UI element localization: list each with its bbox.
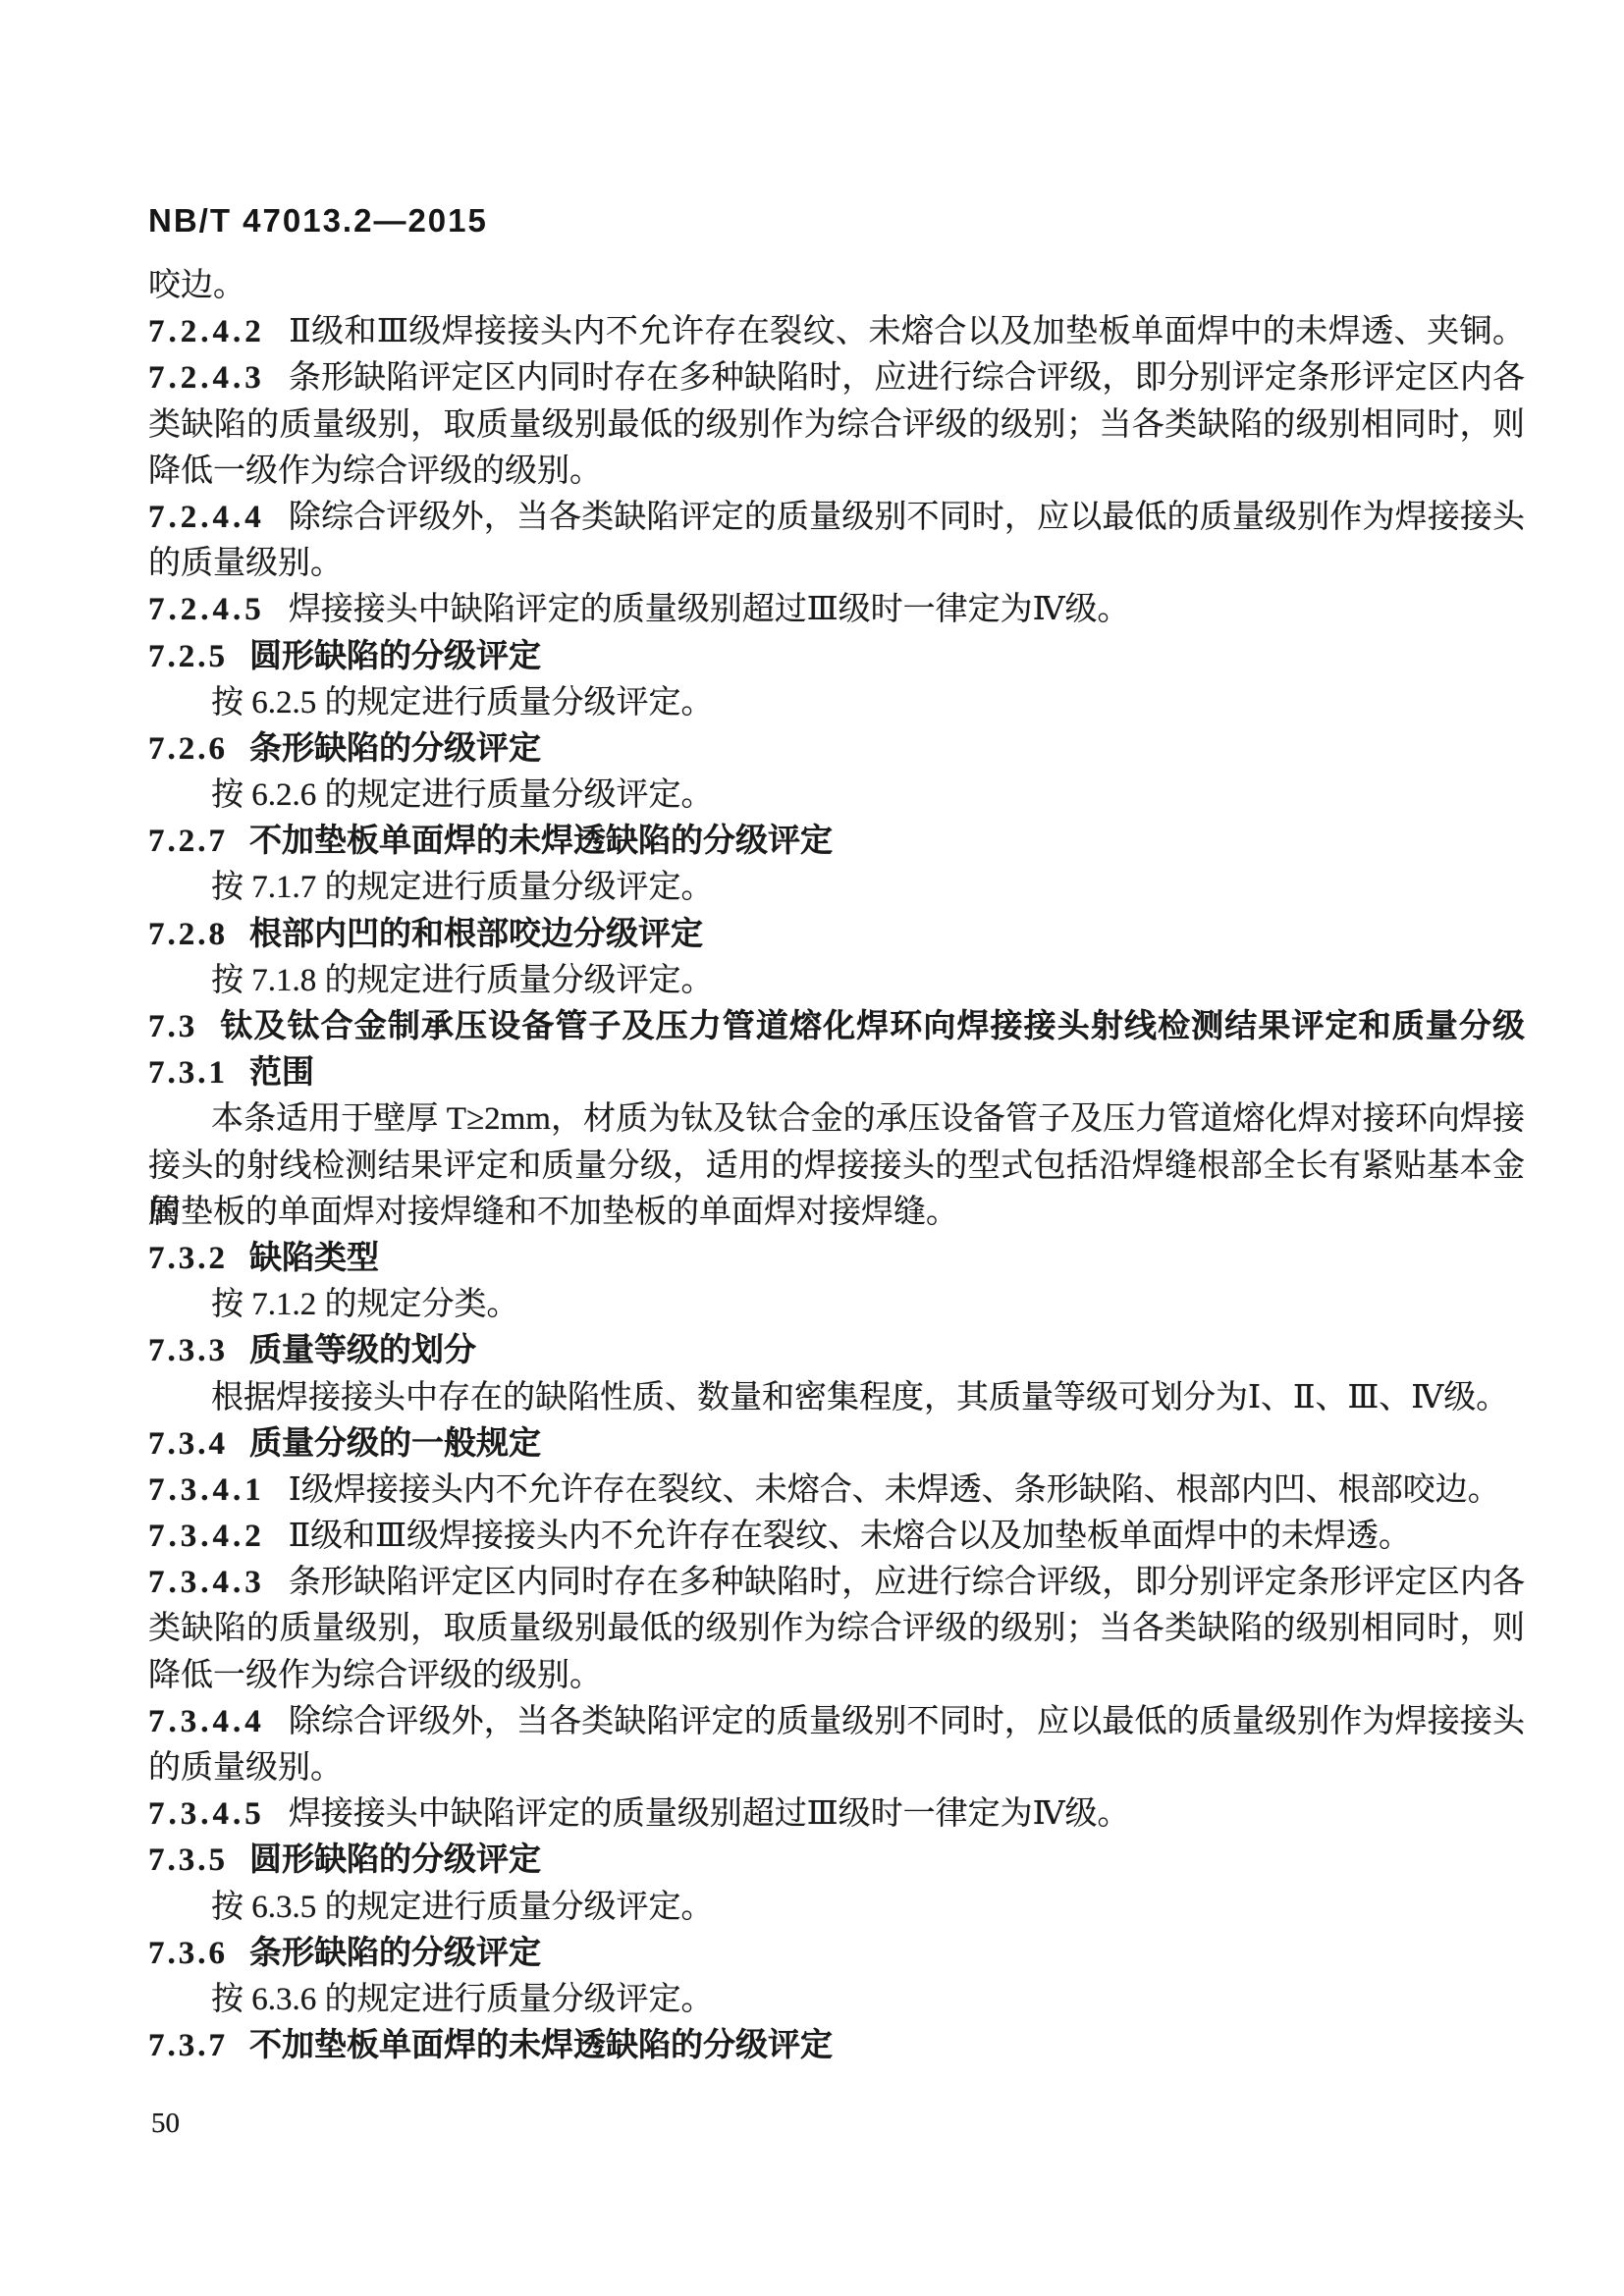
clause-line-7.3.4.2: 7.3.4.2Ⅱ级和Ⅲ级焊接接头内不允许存在裂纹、未熔合以及加垫板单面焊中的未焊… <box>148 1514 1525 1560</box>
clause-text: 条形缺陷评定区内同时存在多种缺陷时，应进行综合评级，即分别评定条形评定区内各 <box>289 360 1525 396</box>
clause-text: 范围 <box>249 1055 314 1091</box>
page-number: 50 <box>151 2107 180 2140</box>
clause-text: 根部内凹的和根部咬边分级评定 <box>249 917 703 952</box>
clause-line-7.2.4.3: 7.2.4.3条形缺陷评定区内同时存在多种缺陷时，应进行综合评级，即分别评定条形… <box>148 355 1525 401</box>
body-text-line: 按 6.3.5 的规定进行质量分级评定。 <box>148 1885 1525 1931</box>
clause-line-7.2.4.5: 7.2.4.5焊接接头中缺陷评定的质量级别超过Ⅲ级时一律定为Ⅳ级。 <box>148 587 1525 633</box>
body-text-line: 咬边。 <box>148 263 1525 309</box>
body-text-line: 按 7.1.7 的规定进行质量分级评定。 <box>148 865 1525 911</box>
clause-text: 条形缺陷评定区内同时存在多种缺陷时，应进行综合评级，即分别评定条形评定区内各 <box>289 1565 1525 1600</box>
clause-text: 缺陷类型 <box>249 1241 379 1276</box>
clause-line-7.3.3: 7.3.3质量等级的划分 <box>148 1328 1525 1374</box>
clause-line-7.3.4.3: 7.3.4.3条形缺陷评定区内同时存在多种缺陷时，应进行综合评级，即分别评定条形… <box>148 1560 1525 1606</box>
clause-number: 7.3 <box>148 1009 197 1044</box>
clause-number: 7.3.4.2 <box>148 1519 265 1554</box>
clause-text: Ⅱ级和Ⅲ级焊接接头内不允许存在裂纹、未熔合以及加垫板单面焊中的未焊透、夹铜。 <box>289 314 1525 349</box>
clause-number: 7.2.4.4 <box>148 500 265 535</box>
clause-line-7.2.5: 7.2.5圆形缺陷的分级评定 <box>148 634 1525 680</box>
body-text-line: 的质量级别。 <box>148 541 1525 587</box>
body-text-line: 接头的射线检测结果评定和质量分级，适用的焊接接头的型式包括沿焊缝根部全长有紧贴基… <box>148 1144 1525 1190</box>
clause-line-7.3.4.1: 7.3.4.1Ⅰ级焊接接头内不允许存在裂纹、未熔合、未焊透、条形缺陷、根部内凹、… <box>148 1468 1525 1514</box>
body-text-line: 按 6.2.5 的规定进行质量分级评定。 <box>148 680 1525 726</box>
body-text-line: 类缺陷的质量级别，取质量级别最低的级别作为综合评级的级别；当各类缺陷的级别相同时… <box>148 402 1525 449</box>
clause-line-7.3.6: 7.3.6条形缺陷的分级评定 <box>148 1931 1525 1977</box>
body-text-line: 降低一级作为综合评级的级别。 <box>148 1653 1525 1699</box>
clause-line-7.3.5: 7.3.5圆形缺陷的分级评定 <box>148 1838 1525 1884</box>
clause-number: 7.3.5 <box>148 1842 228 1878</box>
clause-number: 7.3.4.1 <box>148 1472 265 1508</box>
clause-number: 7.2.5 <box>148 639 228 674</box>
clause-line-7.2.7: 7.2.7不加垫板单面焊的未焊透缺陷的分级评定 <box>148 819 1525 865</box>
clause-number: 7.2.4.3 <box>148 360 265 396</box>
clause-number: 7.3.4.3 <box>148 1565 265 1600</box>
clause-line-7.3.4: 7.3.4质量分级的一般规定 <box>148 1421 1525 1468</box>
clause-text: 焊接接头中缺陷评定的质量级别超过Ⅲ级时一律定为Ⅳ级。 <box>289 592 1130 627</box>
body-text-line: 类缺陷的质量级别，取质量级别最低的级别作为综合评级的级别；当各类缺陷的级别相同时… <box>148 1606 1525 1652</box>
body-text-line: 的质量级别。 <box>148 1745 1525 1791</box>
scanned-standard-page: NB/T 47013.2—2015 咬边。7.2.4.2Ⅱ级和Ⅲ级焊接接头内不允… <box>0 0 1624 2296</box>
clause-text: 条形缺陷的分级评定 <box>249 1936 541 1971</box>
clause-line-7.3.7: 7.3.7不加垫板单面焊的未焊透缺陷的分级评定 <box>148 2023 1525 2069</box>
clause-line-7.3.4.4: 7.3.4.4除综合评级外，当各类缺陷评定的质量级别不同时，应以最低的质量级别作… <box>148 1699 1525 1745</box>
clause-line-7.2.4.2: 7.2.4.2Ⅱ级和Ⅲ级焊接接头内不允许存在裂纹、未熔合以及加垫板单面焊中的未焊… <box>148 309 1525 355</box>
clause-line-7.3.2: 7.3.2缺陷类型 <box>148 1236 1525 1282</box>
clause-number: 7.3.1 <box>148 1055 228 1091</box>
clause-number: 7.2.4.5 <box>148 592 265 627</box>
clause-text: 圆形缺陷的分级评定 <box>249 639 541 674</box>
clause-line-7.2.6: 7.2.6条形缺陷的分级评定 <box>148 726 1525 773</box>
body-text-line: 按 6.3.6 的规定进行质量分级评定。 <box>148 1977 1525 2023</box>
body-text-line: 根据焊接接头中存在的缺陷性质、数量和密集程度，其质量等级可划分为Ⅰ、Ⅱ、Ⅲ、Ⅳ级… <box>148 1375 1525 1421</box>
body-text-line: 按 7.1.2 的规定分类。 <box>148 1282 1525 1328</box>
body-text-line: 按 6.2.6 的规定进行质量分级评定。 <box>148 773 1525 819</box>
body-text-line: 降低一级作为综合评级的级别。 <box>148 449 1525 495</box>
clause-line-7.2.4.4: 7.2.4.4除综合评级外，当各类缺陷评定的质量级别不同时，应以最低的质量级别作… <box>148 495 1525 541</box>
clause-text: 条形缺陷的分级评定 <box>249 731 541 767</box>
clause-number: 7.2.4.2 <box>148 314 265 349</box>
clause-text: 不加垫板单面焊的未焊透缺陷的分级评定 <box>249 2028 833 2063</box>
clause-number: 7.3.4 <box>148 1426 228 1462</box>
clause-text: 圆形缺陷的分级评定 <box>249 1842 541 1878</box>
body-text-line: 按 7.1.8 的规定进行质量分级评定。 <box>148 958 1525 1004</box>
clause-line-7.3.4.5: 7.3.4.5焊接接头中缺陷评定的质量级别超过Ⅲ级时一律定为Ⅳ级。 <box>148 1791 1525 1838</box>
clause-text: 钛及钛合金制承压设备管子及压力管道熔化焊环向焊接接头射线检测结果评定和质量分级 <box>219 1009 1525 1044</box>
clause-number: 7.2.6 <box>148 731 228 767</box>
body-text-line: 的垫板的单面焊对接焊缝和不加垫板的单面焊对接焊缝。 <box>148 1190 1525 1236</box>
clause-text: 质量等级的划分 <box>249 1333 476 1368</box>
clause-text: Ⅰ级焊接接头内不允许存在裂纹、未熔合、未焊透、条形缺陷、根部内凹、根部咬边。 <box>289 1472 1500 1508</box>
clause-number: 7.3.2 <box>148 1241 228 1276</box>
clause-line-7.3.1: 7.3.1范围 <box>148 1050 1525 1096</box>
clause-number: 7.2.8 <box>148 917 228 952</box>
clause-text: Ⅱ级和Ⅲ级焊接接头内不允许存在裂纹、未熔合以及加垫板单面焊中的未焊透。 <box>289 1519 1411 1554</box>
clause-line-7.2.8: 7.2.8根部内凹的和根部咬边分级评定 <box>148 912 1525 958</box>
clause-number: 7.3.7 <box>148 2028 228 2063</box>
document-body: 咬边。7.2.4.2Ⅱ级和Ⅲ级焊接接头内不允许存在裂纹、未熔合以及加垫板单面焊中… <box>148 263 1525 2069</box>
clause-number: 7.3.6 <box>148 1936 228 1971</box>
clause-number: 7.3.4.4 <box>148 1704 265 1739</box>
clause-text: 除综合评级外，当各类缺陷评定的质量级别不同时，应以最低的质量级别作为焊接接头 <box>289 1704 1525 1739</box>
clause-number: 7.2.7 <box>148 824 228 859</box>
clause-line-7.3: 7.3钛及钛合金制承压设备管子及压力管道熔化焊环向焊接接头射线检测结果评定和质量… <box>148 1004 1525 1050</box>
body-text-line: 本条适用于壁厚 T≥2mm，材质为钛及钛合金的承压设备管子及压力管道熔化焊对接环… <box>148 1096 1525 1143</box>
clause-number: 7.3.4.5 <box>148 1796 265 1832</box>
clause-text: 质量分级的一般规定 <box>249 1426 541 1462</box>
clause-text: 不加垫板单面焊的未焊透缺陷的分级评定 <box>249 824 833 859</box>
clause-text: 焊接接头中缺陷评定的质量级别超过Ⅲ级时一律定为Ⅳ级。 <box>289 1796 1130 1832</box>
clause-text: 除综合评级外，当各类缺陷评定的质量级别不同时，应以最低的质量级别作为焊接接头 <box>289 500 1525 535</box>
standard-code-header: NB/T 47013.2—2015 <box>148 203 488 239</box>
clause-number: 7.3.3 <box>148 1333 228 1368</box>
